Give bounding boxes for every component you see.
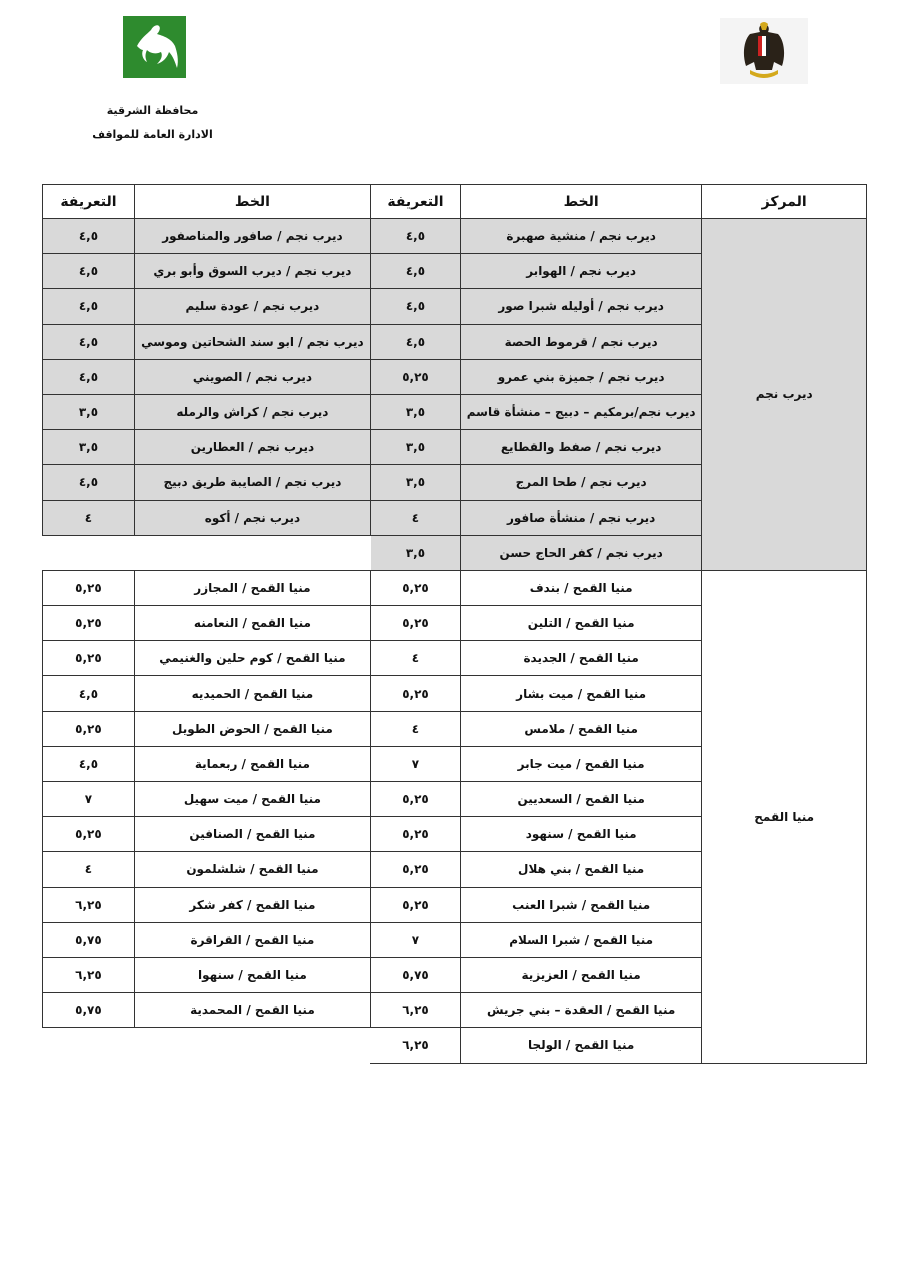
fare-cell: ٤,٥: [371, 219, 461, 254]
fare-cell: ٥,٢٥: [43, 817, 135, 852]
route-cell: ديرب نجم / طحا المرج: [460, 465, 701, 500]
fare-cell: ٥,٢٥: [43, 711, 135, 746]
route-cell: ديرب نجم / العطارين: [134, 430, 370, 465]
column-header: المركز: [702, 185, 867, 219]
table-row: منيا القمح / شلشلمون٤: [43, 852, 371, 887]
route-cell: منيا القمح / شلشلمون: [134, 852, 370, 887]
department-name: الادارة العامة للمواقف: [90, 128, 215, 141]
fare-cell: ٤,٥: [43, 359, 135, 394]
column-header: الخط: [134, 185, 370, 219]
table-row: ديرب نجم / ابو سند الشحاتين وموسي٤,٥: [43, 324, 371, 359]
fare-cell: ٤: [43, 500, 135, 535]
fare-cell: ٥,٧٥: [43, 922, 135, 957]
route-cell: ديرب نجم / الصايبة طريق دبيج: [134, 465, 370, 500]
table-row: منيا القمح / كفر شكر٦,٢٥: [43, 887, 371, 922]
fare-cell: ٦,٢٥: [43, 887, 135, 922]
table-row: منيا القمح / الصنافين٥,٢٥: [43, 817, 371, 852]
fare-cell: ٤: [371, 641, 461, 676]
fare-cell: ٣,٥: [371, 394, 461, 429]
route-cell: منيا القمح / الصنافين: [134, 817, 370, 852]
fare-cell: ٤,٥: [43, 254, 135, 289]
route-cell: منيا القمح / شبرا العنب: [460, 887, 701, 922]
fare-cell: ٥,٢٥: [371, 817, 461, 852]
table-row: منيا القمح / الحوض الطويل٥,٢٥: [43, 711, 371, 746]
route-cell: منيا القمح / الحميديه: [134, 676, 370, 711]
table-row: [43, 1028, 371, 1063]
route-cell: منيا القمح / المجازر: [134, 570, 370, 605]
route-cell: منيا القمح / العزيزية: [460, 957, 701, 992]
table-row: منيا القمحمنيا القمح / بندف٥,٢٥: [371, 570, 867, 605]
fare-cell: ٥,٢٥: [371, 676, 461, 711]
fare-cell: ٥,٢٥: [371, 887, 461, 922]
fare-cell: ٥,٢٥: [371, 782, 461, 817]
fare-table-left: الخطالتعريفةديرب نجم / صافور والمناصفور٤…: [42, 184, 371, 1063]
fare-table-right: المركزالخطالتعريفةديرب نجمديرب نجم / منش…: [370, 184, 867, 1064]
table-row: منيا القمح / كوم حلين والغنيمي٥,٢٥: [43, 641, 371, 676]
fare-cell: ٦,٢٥: [371, 993, 461, 1028]
route-cell: منيا القمح / الجديدة: [460, 641, 701, 676]
route-cell: ديرب نجم / الصويني: [134, 359, 370, 394]
column-header: التعريفة: [43, 185, 135, 219]
table-row: [43, 535, 371, 570]
table-row: منيا القمح / المجازر٥,٢٥: [43, 570, 371, 605]
fare-cell: ٤: [43, 852, 135, 887]
governorate-name: محافظة الشرقية: [90, 104, 215, 117]
route-cell: ديرب نجم / عودة سليم: [134, 289, 370, 324]
route-cell: ديرب نجم/برمكيم – دبيج – منشأة قاسم: [460, 394, 701, 429]
table-row: ديرب نجم / أكوه٤: [43, 500, 371, 535]
route-cell: منيا القمح / كفر شكر: [134, 887, 370, 922]
route-cell: منيا القمح / كوم حلين والغنيمي: [134, 641, 370, 676]
table-row: ديرب نجم / عودة سليم٤,٥: [43, 289, 371, 324]
table-row: منيا القمح / المحمدية٥,٧٥: [43, 993, 371, 1028]
empty-cell: [134, 1028, 370, 1063]
route-cell: منيا القمح / شبرا السلام: [460, 922, 701, 957]
fare-cell: ٤,٥: [43, 289, 135, 324]
fare-cell: ٤,٥: [43, 746, 135, 781]
empty-cell: [43, 1028, 135, 1063]
fare-cell: ٤,٥: [371, 324, 461, 359]
fare-cell: ٧: [371, 922, 461, 957]
fare-cell: ٥,٢٥: [371, 359, 461, 394]
fare-cell: ٣,٥: [43, 430, 135, 465]
fare-cell: ٥,٧٥: [371, 957, 461, 992]
route-cell: ديرب نجم / صافور والمناصفور: [134, 219, 370, 254]
route-cell: منيا القمح / سنهوا: [134, 957, 370, 992]
route-cell: منيا القمح / ميت جابر: [460, 746, 701, 781]
table-row: ديرب نجم / كراش والرمله٣,٥: [43, 394, 371, 429]
table-row: ديرب نجم / ديرب السوق وأبو بري٤,٥: [43, 254, 371, 289]
route-cell: منيا القمح / سنهود: [460, 817, 701, 852]
route-cell: منيا القمح / ملامس: [460, 711, 701, 746]
route-cell: منيا القمح / النعامنه: [134, 606, 370, 641]
fare-cell: ٤,٥: [43, 465, 135, 500]
route-cell: ديرب نجم / جميزة بني عمرو: [460, 359, 701, 394]
fare-cell: ٥,٢٥: [43, 570, 135, 605]
table-row: ديرب نجمديرب نجم / منشية صهبرة٤,٥: [371, 219, 867, 254]
fare-cell: ٥,٢٥: [371, 570, 461, 605]
table-row: ديرب نجم / الصويني٤,٥: [43, 359, 371, 394]
table-row: منيا القمح / القراقرة٥,٧٥: [43, 922, 371, 957]
table-row: ديرب نجم / العطارين٣,٥: [43, 430, 371, 465]
route-cell: ديرب نجم / منشية صهبرة: [460, 219, 701, 254]
route-cell: منيا القمح / العقدة – بني جريش: [460, 993, 701, 1028]
fare-cell: ٥,٢٥: [371, 852, 461, 887]
route-cell: منيا القمح / بني هلال: [460, 852, 701, 887]
route-cell: منيا القمح / الولجا: [460, 1028, 701, 1063]
fare-cell: ٥,٢٥: [371, 606, 461, 641]
route-cell: منيا القمح / الحوض الطويل: [134, 711, 370, 746]
fare-cell: ٥,٧٥: [43, 993, 135, 1028]
fare-cell: ٣,٥: [371, 535, 461, 570]
fare-cell: ٣,٥: [371, 465, 461, 500]
route-cell: منيا القمح / التلين: [460, 606, 701, 641]
table-row: منيا القمح / النعامنه٥,٢٥: [43, 606, 371, 641]
header-row: المركزالخطالتعريفة: [371, 185, 867, 219]
table-row: منيا القمح / سنهوا٦,٢٥: [43, 957, 371, 992]
center-name-cell: منيا القمح: [702, 570, 867, 1063]
fare-cell: ٤,٥: [43, 324, 135, 359]
sharqia-horse-logo-icon: [123, 16, 186, 78]
fare-cell: ٣,٥: [43, 394, 135, 429]
fare-cell: ٥,٢٥: [43, 641, 135, 676]
route-cell: ديرب نجم / ديرب السوق وأبو بري: [134, 254, 370, 289]
table-row: ديرب نجم / صافور والمناصفور٤,٥: [43, 219, 371, 254]
route-cell: ديرب نجم / أوليله شبرا صور: [460, 289, 701, 324]
route-cell: ديرب نجم / الهوابر: [460, 254, 701, 289]
fare-cell: ٣,٥: [371, 430, 461, 465]
egypt-eagle-emblem-icon: [720, 18, 808, 84]
fare-cell: ٤: [371, 711, 461, 746]
header-row: الخطالتعريفة: [43, 185, 371, 219]
route-cell: منيا القمح / القراقرة: [134, 922, 370, 957]
route-cell: ديرب نجم / كراش والرمله: [134, 394, 370, 429]
route-cell: منيا القمح / بندف: [460, 570, 701, 605]
column-header: الخط: [460, 185, 701, 219]
empty-cell: [43, 535, 135, 570]
route-cell: ديرب نجم / منشأة صافور: [460, 500, 701, 535]
fare-cell: ٤,٥: [43, 219, 135, 254]
route-cell: منيا القمح / ميت بشار: [460, 676, 701, 711]
fare-cell: ٤,٥: [43, 676, 135, 711]
table-row: ديرب نجم / الصايبة طريق دبيج٤,٥: [43, 465, 371, 500]
fare-cell: ٤: [371, 500, 461, 535]
route-cell: منيا القمح / المحمدية: [134, 993, 370, 1028]
table-row: منيا القمح / ربعماية٤,٥: [43, 746, 371, 781]
route-cell: ديرب نجم / كفر الحاج حسن: [460, 535, 701, 570]
fare-cell: ٤,٥: [371, 254, 461, 289]
route-cell: منيا القمح / ميت سهيل: [134, 782, 370, 817]
fare-cell: ٧: [371, 746, 461, 781]
column-header: التعريفة: [371, 185, 461, 219]
route-cell: منيا القمح / السعديين: [460, 782, 701, 817]
route-cell: ديرب نجم / أكوه: [134, 500, 370, 535]
route-cell: ديرب نجم / ابو سند الشحاتين وموسي: [134, 324, 370, 359]
route-cell: منيا القمح / ربعماية: [134, 746, 370, 781]
route-cell: ديرب نجم / صفط والقطايع: [460, 430, 701, 465]
table-row: منيا القمح / الحميديه٤,٥: [43, 676, 371, 711]
route-cell: ديرب نجم / قرموط الحصة: [460, 324, 701, 359]
center-name-cell: ديرب نجم: [702, 219, 867, 571]
table-row: منيا القمح / ميت سهيل٧: [43, 782, 371, 817]
fare-cell: ٦,٢٥: [43, 957, 135, 992]
fare-cell: ٤,٥: [371, 289, 461, 324]
empty-cell: [134, 535, 370, 570]
fare-cell: ٥,٢٥: [43, 606, 135, 641]
fare-cell: ٦,٢٥: [371, 1028, 461, 1063]
fare-cell: ٧: [43, 782, 135, 817]
